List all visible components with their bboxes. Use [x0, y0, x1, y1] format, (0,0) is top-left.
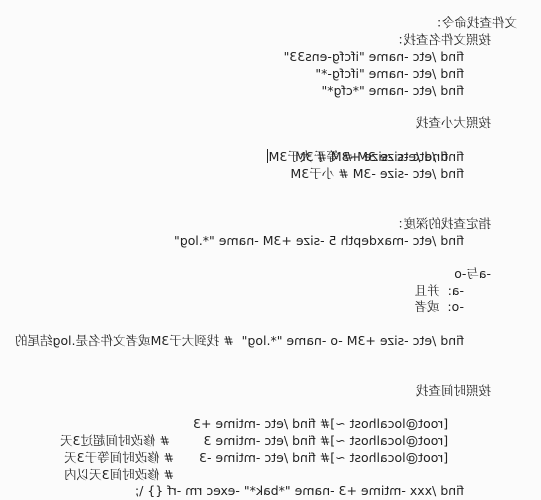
time-command: [root@localhost ~]# find /etc -mtime -3 [199, 450, 448, 465]
option-and: -a: 并且 [415, 282, 464, 299]
section-heading-depth: 指定查找的深度： [391, 215, 491, 232]
command-line: find /etc -name "ifcfg-ens33" [284, 48, 464, 65]
text-cursor [267, 149, 268, 163]
command-line: find /etc -name "*cfg*" [322, 82, 465, 99]
command-line: find /etc -maxdepth 5 -size +3M -name "*… [174, 232, 464, 249]
time-comment: # 修改时间等于3天 [64, 449, 178, 466]
time-row: [root@localhost ~]# find /etc -mtime +3 … [64, 398, 464, 415]
command-line: find /etc -size -3M # 小于3M [291, 165, 464, 182]
section-heading-by-time: 按照时间查找 [416, 382, 491, 399]
section-heading-by-name: 按照文件名查找： [391, 31, 491, 48]
command-line: find /etc -size +3M -o -name "*.log" # 找… [15, 332, 464, 349]
time-row: [root@localhost ~]# find /etc -mtime -3 … [64, 432, 464, 449]
time-row: [root@localhost ~]# find /etc -mtime 3 #… [64, 415, 464, 432]
time-comment: # 修改时间3天以内 [64, 466, 178, 483]
command-line: find /etc -name "ifcfg-*" [315, 65, 464, 82]
command-line: find /etc -size 3M # 等于3M [295, 148, 464, 165]
section-heading-by-size: 按照大小查找 [416, 114, 491, 131]
option-or: -o: 或者 [414, 298, 464, 315]
command-line-with-cursor[interactable]: find /etc -size +3M # 大于3M [267, 131, 464, 148]
command-line: find /xxx -mtime +3 -name "*bak*" -exec … [135, 482, 464, 499]
section-heading-and-or: -a与-o [454, 265, 491, 282]
document-title: 文件查找命令： [429, 14, 517, 31]
document-page: 文件查找命令： 按照文件名查找： find /etc -name "ifcfg-… [0, 0, 541, 500]
